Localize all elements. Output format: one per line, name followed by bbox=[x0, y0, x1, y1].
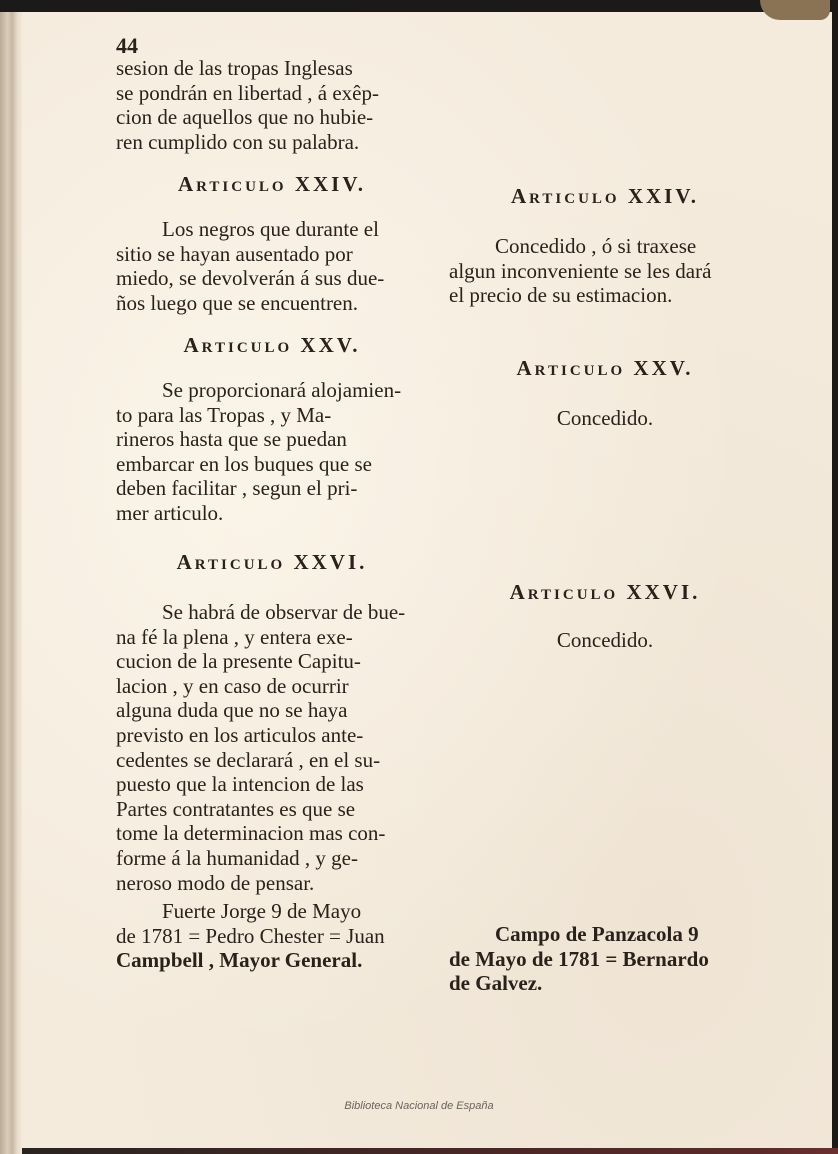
text-line: el precio de su estimacion. bbox=[449, 283, 761, 308]
article-body: Se proporcionará alojamien- to para las … bbox=[116, 378, 428, 526]
article-heading: Articulo XXVI. bbox=[449, 580, 761, 605]
text-line: Fuerte Jorge 9 de Mayo bbox=[116, 899, 428, 924]
article-heading: Articulo XXIV. bbox=[449, 184, 761, 209]
text-line: cucion de la presente Capitu- bbox=[116, 649, 428, 674]
text-line: Se proporcionará alojamien- bbox=[116, 378, 428, 403]
text-line: de Mayo de 1781 = Bernardo bbox=[449, 947, 761, 972]
text-line: sesion de las tropas Inglesas bbox=[116, 56, 428, 81]
text-line: embarcar en los buques que se bbox=[116, 452, 428, 477]
page-number: 44 bbox=[116, 34, 428, 58]
page-bottom-edge bbox=[22, 1148, 838, 1154]
text-line: Partes contratantes es que se bbox=[116, 797, 428, 822]
article-body: Concedido. bbox=[449, 406, 761, 431]
text-line: mer articulo. bbox=[116, 501, 428, 526]
continuation-paragraph: sesion de las tropas Inglesas se pondrán… bbox=[116, 56, 428, 154]
text-line: de 1781 = Pedro Chester = Juan bbox=[116, 924, 428, 949]
text-line: previsto en los articulos ante- bbox=[116, 723, 428, 748]
frayed-corner bbox=[760, 0, 830, 20]
text-line: alguna duda que no se haya bbox=[116, 698, 428, 723]
text-line: to para las Tropas , y Ma- bbox=[116, 403, 428, 428]
signature-block: Fuerte Jorge 9 de Mayo de 1781 = Pedro C… bbox=[116, 899, 428, 973]
text-line: Los negros que durante el bbox=[116, 217, 428, 242]
text-line: Campbell , Mayor General. bbox=[116, 948, 428, 973]
text-line: Se habrá de observar de bue- bbox=[116, 600, 428, 625]
text-line: lacion , y en caso de ocurrir bbox=[116, 674, 428, 699]
text-line: miedo, se devolverán á sus due- bbox=[116, 266, 428, 291]
text-line: neroso modo de pensar. bbox=[116, 871, 428, 896]
text-line: puesto que la intencion de las bbox=[116, 772, 428, 797]
text-line: forme á la humanidad , y ge- bbox=[116, 846, 428, 871]
text-line: ños luego que se encuentren. bbox=[116, 291, 428, 316]
article-body: Concedido , ó si traxese algun inconveni… bbox=[449, 234, 761, 308]
article-heading: Articulo XXV. bbox=[449, 356, 761, 381]
text-line: Concedido. bbox=[449, 628, 761, 653]
text-line: cion de aquellos que no hubie- bbox=[116, 105, 428, 130]
text-line: rineros hasta que se puedan bbox=[116, 427, 428, 452]
article-heading: Articulo XXV. bbox=[116, 333, 428, 358]
text-line: deben facilitar , segun el pri- bbox=[116, 476, 428, 501]
text-line: Concedido , ó si traxese bbox=[449, 234, 761, 259]
text-line: Campo de Panzacola 9 bbox=[449, 922, 761, 947]
text-line: se pondrán en libertad , á exêp- bbox=[116, 81, 428, 106]
article-body: Los negros que durante el sitio se hayan… bbox=[116, 217, 428, 315]
article-body: Se habrá de observar de bue- na fé la pl… bbox=[116, 600, 428, 895]
text-line: cedentes se declarará , en el su- bbox=[116, 748, 428, 773]
text-line: algun inconveniente se les dará bbox=[449, 259, 761, 284]
article-heading: Articulo XXVI. bbox=[116, 550, 428, 575]
text-line: Concedido. bbox=[449, 406, 761, 431]
left-column: 44 sesion de las tropas Inglesas se pond… bbox=[116, 34, 428, 973]
text-line: na fé la plena , y entera exe- bbox=[116, 625, 428, 650]
article-heading: Articulo XXIV. bbox=[116, 172, 428, 197]
text-line: ren cumplido con su palabra. bbox=[116, 130, 428, 155]
text-line: tome la determinacion mas con- bbox=[116, 821, 428, 846]
book-gutter bbox=[0, 12, 22, 1154]
signature-block: Campo de Panzacola 9 de Mayo de 1781 = B… bbox=[449, 922, 761, 996]
library-watermark: Biblioteca Nacional de España bbox=[0, 1100, 838, 1112]
article-body: Concedido. bbox=[449, 628, 761, 653]
text-line: sitio se hayan ausentado por bbox=[116, 242, 428, 267]
text-line: de Galvez. bbox=[449, 971, 761, 996]
